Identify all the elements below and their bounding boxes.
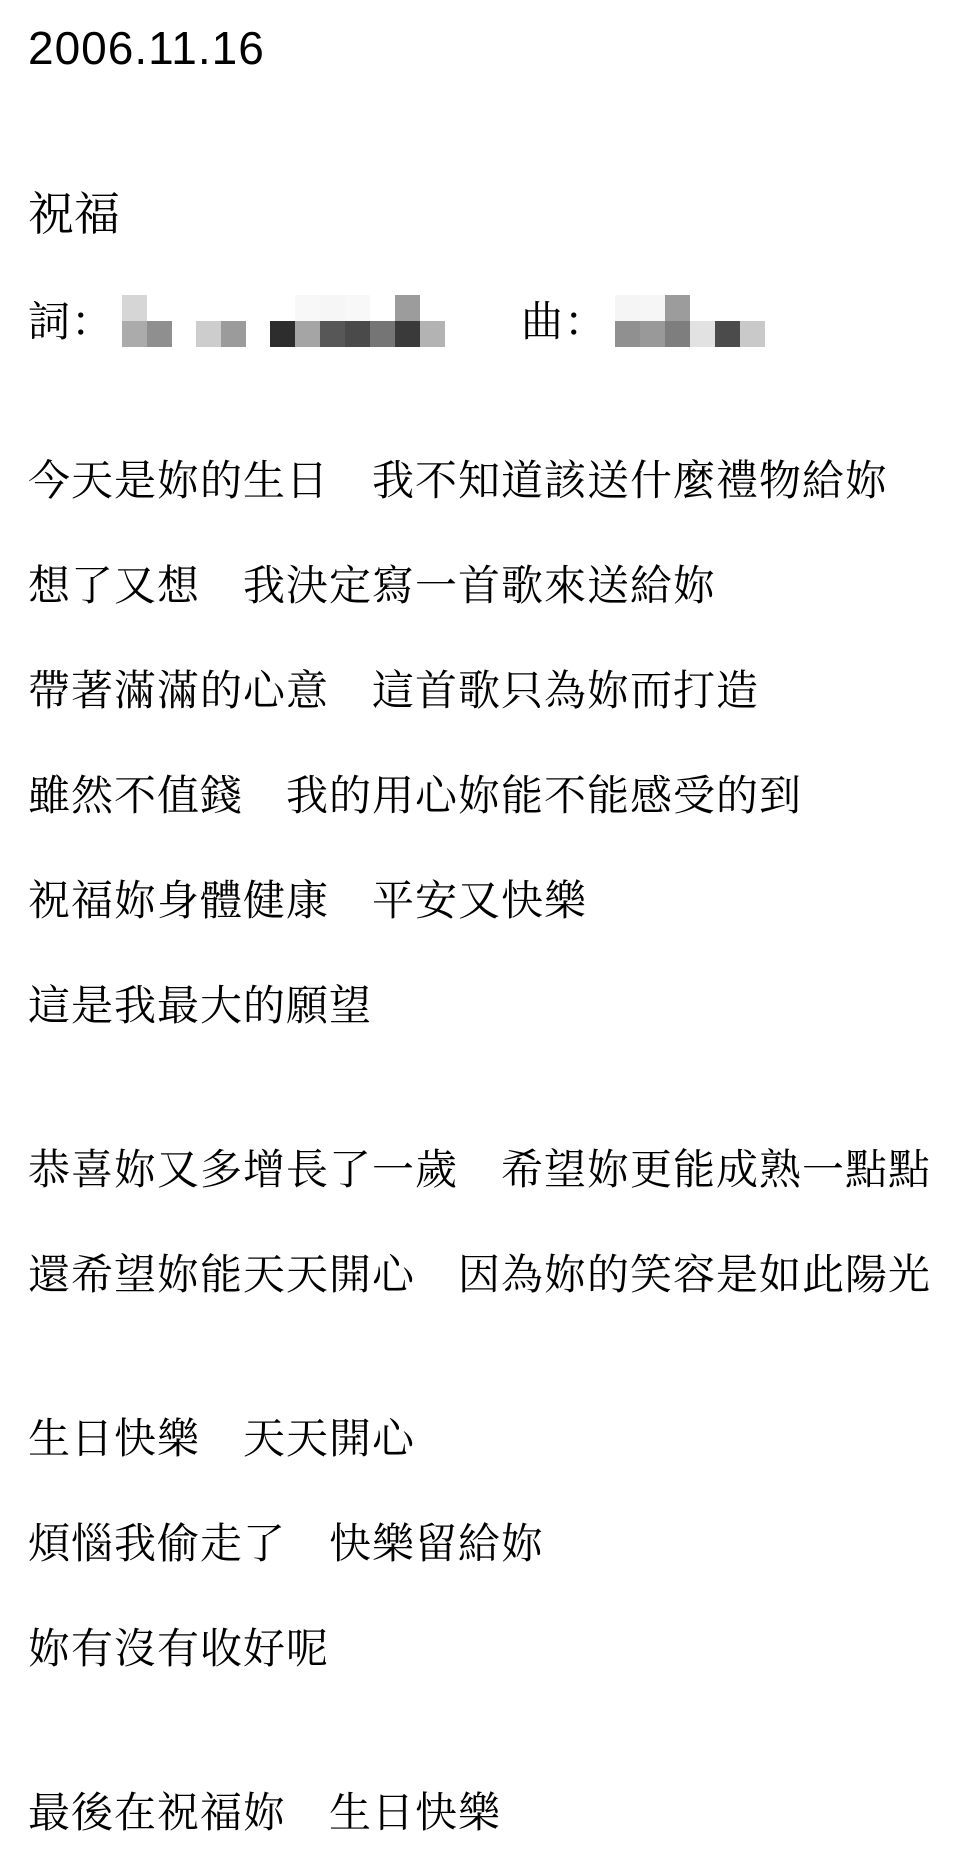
- lyrics-stanza: 最後在祝福妳 生日快樂: [28, 1790, 970, 1836]
- mosaic-cell: [196, 321, 221, 347]
- mosaic-block-group: [615, 295, 765, 347]
- lyric-line: 恭喜妳又多增長了一歲 希望妳更能成熟一點點: [28, 1147, 970, 1193]
- mosaic-cell: [665, 295, 690, 321]
- mosaic-cell: [320, 321, 345, 347]
- mosaic-cell: [420, 295, 445, 321]
- mosaic-cell: [615, 321, 640, 347]
- lyrics-stanza: 生日快樂 天天開心煩惱我偷走了 快樂留給妳妳有沒有收好呢: [28, 1416, 970, 1672]
- redacted-lyricist-name: [122, 295, 445, 347]
- lyric-line: 妳有沒有收好呢: [28, 1626, 970, 1672]
- mosaic-cell: [295, 295, 320, 321]
- mosaic-block-group: [270, 295, 445, 347]
- mosaic-cell: [270, 295, 295, 321]
- lyric-line: 最後在祝福妳 生日快樂: [28, 1790, 970, 1836]
- mosaic-cell: [395, 321, 420, 347]
- mosaic-cell: [715, 321, 740, 347]
- lyric-line: 今天是妳的生日 我不知道該送什麼禮物給妳: [28, 458, 970, 504]
- mosaic-cell: [640, 321, 665, 347]
- lyric-line: 煩惱我偷走了 快樂留給妳: [28, 1521, 970, 1567]
- mosaic-cell: [147, 321, 172, 347]
- lyric-line: 想了又想 我決定寫一首歌來送給妳: [28, 563, 970, 609]
- mosaic-cell: [345, 321, 370, 347]
- mosaic-cell: [122, 321, 147, 347]
- mosaic-cell: [295, 321, 320, 347]
- mosaic-cell: [615, 295, 640, 321]
- lyric-line: 還希望妳能天天開心 因為妳的笑容是如此陽光: [28, 1252, 970, 1298]
- mosaic-cell: [395, 295, 420, 321]
- lyric-line: 生日快樂 天天開心: [28, 1416, 970, 1462]
- mosaic-cell: [665, 321, 690, 347]
- mosaic-block-group: [122, 295, 172, 347]
- mosaic-cell: [370, 321, 395, 347]
- mosaic-cell: [640, 295, 665, 321]
- lyric-line: 祝福妳身體健康 平安又快樂: [28, 878, 970, 924]
- mosaic-cell: [320, 295, 345, 321]
- mosaic-cell: [196, 295, 221, 321]
- mosaic-cell: [690, 321, 715, 347]
- mosaic-cell: [690, 295, 715, 321]
- mosaic-cell: [345, 295, 370, 321]
- mosaic-cell: [221, 295, 246, 321]
- lyric-line: 這是我最大的願望: [28, 983, 970, 1029]
- mosaic-cell: [122, 295, 147, 321]
- lyrics-body: 今天是妳的生日 我不知道該送什麼禮物給妳想了又想 我決定寫一首歌來送給妳帶著滿滿…: [28, 458, 970, 1836]
- redacted-composer-name: [615, 295, 765, 347]
- mosaic-cell: [270, 321, 295, 347]
- mosaic-cell: [740, 321, 765, 347]
- lyric-line: 雖然不值錢 我的用心妳能不能感受的到: [28, 773, 970, 819]
- mosaic-cell: [420, 321, 445, 347]
- post-date: 2006.11.16: [28, 22, 265, 75]
- mosaic-cell: [370, 295, 395, 321]
- lyricist-label: 詞：: [28, 297, 114, 347]
- composer-label: 曲：: [521, 297, 607, 347]
- mosaic-cell: [740, 295, 765, 321]
- song-title: 祝福: [28, 190, 120, 238]
- lyrics-stanza: 恭喜妳又多增長了一歲 希望妳更能成熟一點點還希望妳能天天開心 因為妳的笑容是如此…: [28, 1147, 970, 1298]
- mosaic-block-group: [196, 295, 246, 347]
- mosaic-cell: [715, 295, 740, 321]
- lyrics-stanza: 今天是妳的生日 我不知道該送什麼禮物給妳想了又想 我決定寫一首歌來送給妳帶著滿滿…: [28, 458, 970, 1029]
- mosaic-cell: [221, 321, 246, 347]
- mosaic-cell: [147, 295, 172, 321]
- credits-line: 詞： 曲：: [28, 295, 765, 347]
- lyric-line: 帶著滿滿的心意 這首歌只為妳而打造: [28, 668, 970, 714]
